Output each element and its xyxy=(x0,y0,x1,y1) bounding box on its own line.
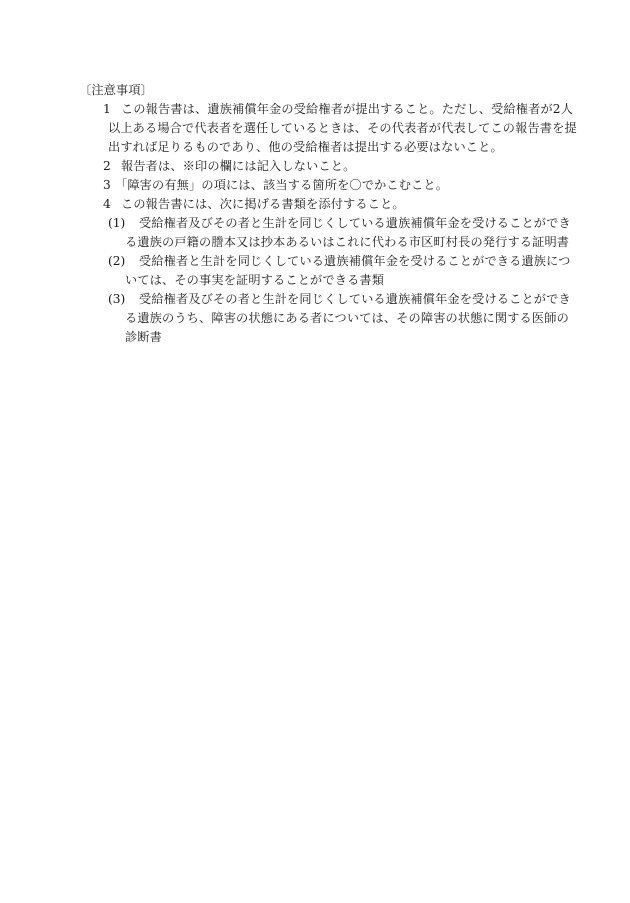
subitem-text-line: 受給権者及びその者と生計を同じくしている遺族補償年金を受けることができ xyxy=(139,214,571,233)
document-page: 〔注意事項〕 1 この報告書は、遺族補償年金の受給権者が提出すること。ただし、受… xyxy=(0,0,630,903)
subitem-text-line: 受給権者と生計を同じくしている遺族補償年金を受けることができる遺族につ xyxy=(139,252,571,271)
item-text-line: 以上ある場合で代表者を選任しているときは、その代表者が代表してこの報告書を提 xyxy=(108,119,577,138)
item-number: 3 xyxy=(103,176,111,195)
subitem-number: (3) xyxy=(108,290,125,309)
subitem-number: (2) xyxy=(108,252,125,271)
item-text-line: この報告書は、遺族補償年金の受給権者が提出すること。ただし、受給権者が2人 xyxy=(121,100,573,119)
notes-heading: 〔注意事項〕 xyxy=(79,81,153,100)
subitem-text-line: る遺族のうち、障害の状態にある者については、その障害の状態に関する医師の xyxy=(125,309,569,328)
subitem-text-line: 受給権者及びその者と生計を同じくしている遺族補償年金を受けることができ xyxy=(139,290,571,309)
subitem-text-line: 診断書 xyxy=(125,328,162,347)
item-number: 2 xyxy=(103,157,111,176)
subitem-number: (1) xyxy=(108,214,125,233)
item-number: 1 xyxy=(103,100,111,119)
item-text-line: この報告書には、次に掲げる書類を添付すること。 xyxy=(121,195,405,214)
item-text-line: 「障害の有無」の項には、該当する箇所を〇でかこむこと。 xyxy=(115,176,448,195)
item-text-line: 報告者は、※印の欄には記入しないこと。 xyxy=(121,157,355,176)
subitem-text-line: いては、その事実を証明することができる書類 xyxy=(125,271,384,290)
subitem-text-line: る遺族の戸籍の謄本又は抄本あるいはこれに代わる市区町村長の発行する証明書 xyxy=(125,233,569,252)
item-number: 4 xyxy=(103,195,111,214)
item-text-line: 出すれば足りるものであり、他の受給権者は提出する必要はないこと。 xyxy=(108,138,503,157)
